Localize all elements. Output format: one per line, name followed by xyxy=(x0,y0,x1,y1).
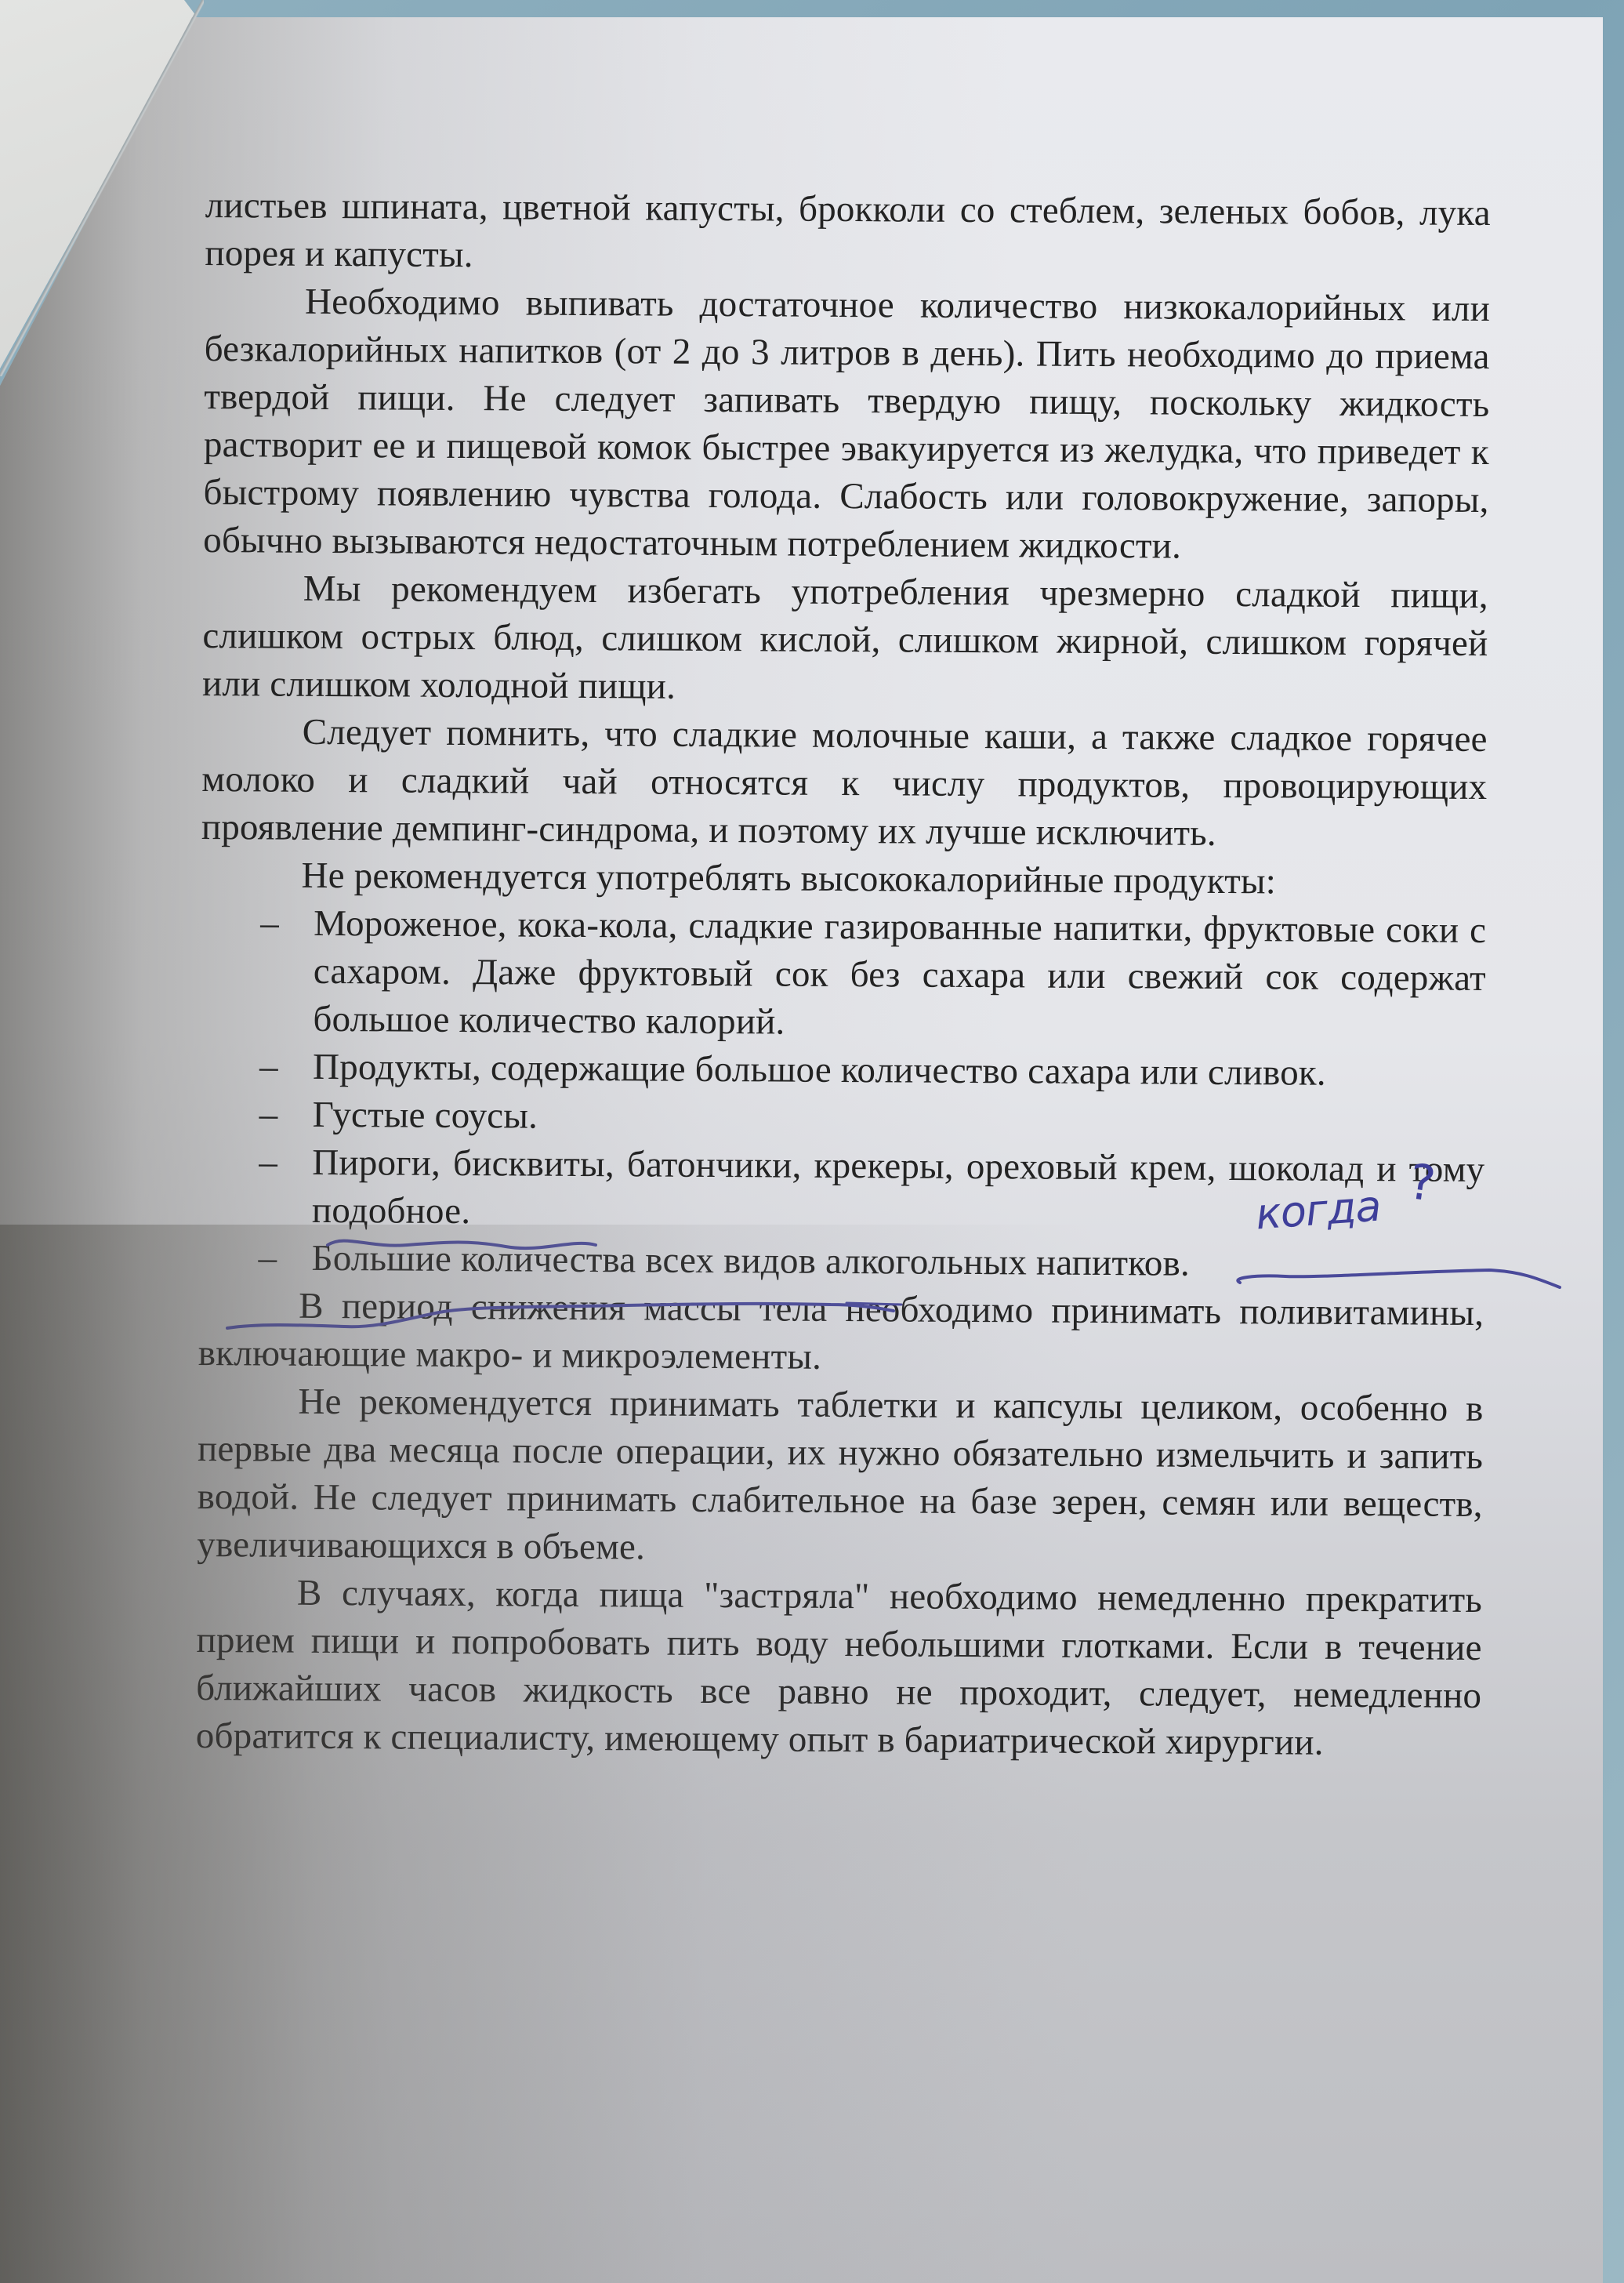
list-item-text: Мороженое, кока-кола, сладкие газированн… xyxy=(313,903,1486,1043)
paragraph: Мы рекомендуем избегать употребления чре… xyxy=(202,564,1488,716)
list-item: – Продукты, содержащие большое количеств… xyxy=(197,1043,1485,1098)
paragraph: Необходимо выпивать достаточное количест… xyxy=(203,278,1490,572)
paragraph: Не рекомендуется употреблять высококалор… xyxy=(201,851,1486,907)
dash-bullet-icon: – xyxy=(260,899,279,947)
page-fold-edge xyxy=(0,0,204,376)
paragraph: листьев шпината, цветной капусты, брокко… xyxy=(205,182,1491,285)
paragraph: В случаях, когда пища "застряла" необход… xyxy=(196,1569,1482,1768)
list-item-text: Продукты, содержащие большое количество … xyxy=(313,1047,1326,1094)
dash-bullet-icon: – xyxy=(259,1138,277,1186)
dash-bullet-icon: – xyxy=(259,1091,278,1138)
paragraph: В период снижения массы тела необходимо … xyxy=(198,1282,1484,1385)
list-item: – Густые соусы. xyxy=(197,1091,1485,1146)
dash-bullet-icon: – xyxy=(258,1234,277,1282)
page-body: листьев шпината, цветной капусты, брокко… xyxy=(196,182,1491,1768)
list-item: – Большие количества всех видов алкоголь… xyxy=(195,1234,1484,1290)
document-page: листьев шпината, цветной капусты, брокко… xyxy=(0,17,1603,2283)
dash-bullet-icon: – xyxy=(259,1043,278,1091)
list-item-text: Большие количества всех видов алкогольны… xyxy=(311,1238,1190,1284)
handwritten-note: когда xyxy=(1254,1181,1382,1239)
list-item-text: Густые соусы. xyxy=(313,1094,538,1137)
paragraph: Не рекомендуется принимать таблетки и ка… xyxy=(197,1377,1483,1577)
paragraph: Следует помнить, что сладкие молочные ка… xyxy=(201,708,1488,859)
list-item: – Мороженое, кока-кола, сладкие газирова… xyxy=(197,899,1486,1051)
